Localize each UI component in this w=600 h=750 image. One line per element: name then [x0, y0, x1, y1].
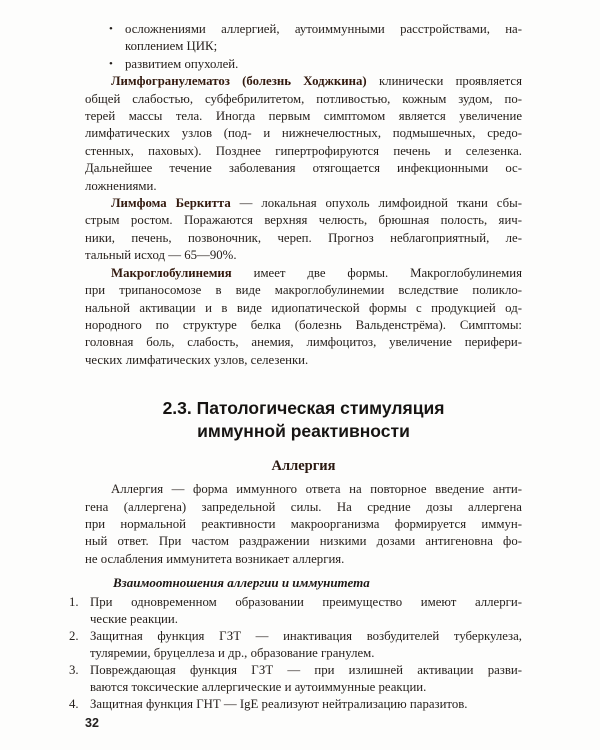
numbered-item: 4. Защитная функция ГНТ — IgE реализуют …	[68, 696, 522, 713]
term-macroglobulinemia: Макроглобулинемия	[111, 266, 232, 280]
text-line: туляремии, бруцеллеза и др., образование…	[90, 645, 522, 662]
paragraph-burkitt-lymphoma: Лимфома Беркитта — локальная опухоль лим…	[85, 195, 522, 265]
term-lymphogranulomatosis: Лимфогранулематоз (болезнь Ходжкина)	[111, 74, 367, 88]
bullet-list: • осложнениями аллергией, аутоиммунными …	[85, 21, 522, 73]
text-line: нородного по структуре белка (болезнь Ва…	[85, 317, 522, 334]
text-line: коплением ЦИК;	[125, 38, 522, 55]
paragraph-lines: при трипаносомозе в виде макроглобулинем…	[85, 282, 522, 369]
text-line: головная боль, слабость, анемия, лимфоци…	[85, 334, 522, 351]
text-line: гена (аллергена) запредельной силы. На с…	[85, 499, 522, 516]
text-line: Защитная функция ГЗТ — инактивация возбу…	[90, 628, 522, 645]
bullet-text: развитием опухолей.	[125, 56, 522, 73]
paragraph-first-line: Макроглобулинемия имеет две формы. Макро…	[85, 265, 522, 282]
list-heading: Взаимоотношения аллергии и иммунитета	[85, 574, 522, 591]
content-column: • осложнениями аллергией, аутоиммунными …	[85, 21, 522, 713]
numbered-list: 1. При одновременном образовании преимущ…	[68, 594, 522, 713]
item-number: 4.	[69, 696, 79, 713]
bullet-icon: •	[109, 21, 113, 38]
text-line: ники, печень, позвоночник, череп. Прогно…	[85, 230, 522, 247]
term-burkitt-lymphoma: Лимфома Беркитта	[111, 196, 231, 210]
paragraph-lymphogranulomatosis: Лимфогранулематоз (болезнь Ходжкина) кли…	[85, 73, 522, 195]
text-line: не ослабления иммунитета возникает аллер…	[85, 551, 522, 568]
numbered-item: 1. При одновременном образовании преимущ…	[68, 594, 522, 628]
paragraph-lines: стрым ростом. Поражаются верхняя челюсть…	[85, 212, 522, 264]
text-line: лимфатических узлов (под- и нижнечелюстн…	[85, 125, 522, 142]
item-text: Повреждающая функция ГЗТ — при излишней …	[90, 662, 522, 696]
first-line-text: клинически проявляется	[379, 74, 522, 88]
text-line: ческие реакции.	[90, 611, 522, 628]
text-line: при трипаносомозе в виде макроглобулинем…	[85, 282, 522, 299]
bullet-item: • развитием опухолей.	[85, 56, 522, 73]
numbered-item: 3. Повреждающая функция ГЗТ — при излишн…	[68, 662, 522, 696]
text-line: Повреждающая функция ГЗТ — при излишней …	[90, 662, 522, 679]
paragraph-macroglobulinemia: Макроглобулинемия имеет две формы. Макро…	[85, 265, 522, 369]
first-line-text: — локальная опухоль лимфоидной ткани сбы…	[240, 196, 522, 210]
section-heading-line2: иммунной реактивности	[85, 420, 522, 443]
item-text: Защитная функция ГНТ — IgE реализуют ней…	[90, 696, 522, 713]
numbered-item: 2. Защитная функция ГЗТ — инактивация во…	[68, 628, 522, 662]
text-line: развитием опухолей.	[125, 56, 522, 73]
paragraph-lines: Аллергия — форма иммунного ответа на пов…	[85, 481, 522, 568]
first-line-text: имеет две формы. Макроглобулинемия	[254, 266, 522, 280]
text-line: ваются токсические аллергические и аутои…	[90, 679, 522, 696]
section-heading-line1: 2.3. Патологическая стимуляция	[85, 397, 522, 420]
paragraph-first-line: Лимфома Беркитта — локальная опухоль лим…	[85, 195, 522, 212]
bullet-item: • осложнениями аллергией, аутоиммунными …	[85, 21, 522, 56]
text-line: при нормальной реактивности макроорганиз…	[85, 516, 522, 533]
text-line: общей слабостью, субфебрилитетом, потлив…	[85, 91, 522, 108]
section-heading: 2.3. Патологическая стимуляция иммунной …	[85, 397, 522, 443]
text-line: Защитная функция ГНТ — IgE реализуют ней…	[90, 696, 522, 713]
paragraph-allergy-intro: Аллергия — форма иммунного ответа на пов…	[85, 481, 522, 568]
text-line: ный ответ. При частом раздражении низким…	[85, 533, 522, 550]
page-number: 32	[85, 716, 99, 730]
item-number: 2.	[69, 628, 79, 645]
text-line: осложнениями аллергией, аутоиммунными ра…	[125, 21, 522, 38]
item-number: 1.	[69, 594, 79, 611]
paragraph-lines: общей слабостью, субфебрилитетом, потлив…	[85, 91, 522, 195]
text-line: нальной активации и в виде идиопатическо…	[85, 300, 522, 317]
text-line: При одновременном образовании преимущест…	[90, 594, 522, 611]
bullet-icon: •	[109, 56, 113, 73]
item-text: Защитная функция ГЗТ — инактивация возбу…	[90, 628, 522, 662]
subsection-heading: Аллергия	[85, 457, 522, 475]
text-line: ложнениями.	[85, 178, 522, 195]
text-line: терей массы тела. Иногда первым симптомо…	[85, 108, 522, 125]
text-line: Дальнейшее течение заболевания отягощает…	[85, 160, 522, 177]
text-line: Аллергия — форма иммунного ответа на пов…	[85, 481, 522, 498]
book-page: • осложнениями аллергией, аутоиммунными …	[0, 0, 600, 750]
text-line: тальный исход — 65—90%.	[85, 247, 522, 264]
item-number: 3.	[69, 662, 79, 679]
text-line: стенных, паховых). Позднее гипертрофирую…	[85, 143, 522, 160]
text-line: стрым ростом. Поражаются верхняя челюсть…	[85, 212, 522, 229]
item-text: При одновременном образовании преимущест…	[90, 594, 522, 628]
paragraph-first-line: Лимфогранулематоз (болезнь Ходжкина) кли…	[85, 73, 522, 90]
bullet-text: осложнениями аллергией, аутоиммунными ра…	[125, 21, 522, 56]
text-line: ческих лимфатических узлов, селезенки.	[85, 352, 522, 369]
